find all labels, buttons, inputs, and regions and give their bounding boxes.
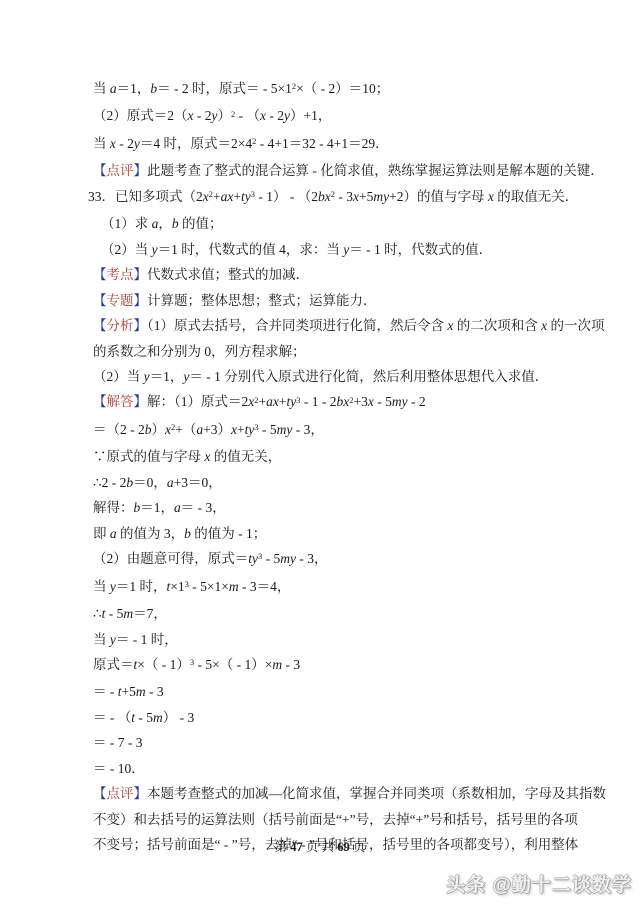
text-line: ＝ - 7 - 3 — [88, 730, 600, 755]
text-segment: 原式＝ — [93, 657, 134, 672]
text-segment: 的值； — [179, 216, 223, 231]
text-segment: 的值为 3， — [117, 526, 185, 541]
text-segment: - 1） - （2 — [255, 189, 318, 204]
text-segment: my — [373, 189, 389, 204]
text-segment: 的系数之和分别为 0，列方程求解； — [93, 344, 306, 359]
text-segment: a — [174, 500, 181, 515]
text-segment: +3） — [203, 422, 231, 437]
text-line: ∴2 - 2b＝0，a+3＝0， — [88, 470, 600, 495]
footer-label: 页 共 — [303, 840, 337, 854]
text-segment: ＝0， — [133, 475, 167, 490]
text-segment: - 3＝4， — [239, 579, 291, 594]
text-line: 【点评】本题考查整式的加减—化简求值，掌握合并同类项（系数相加，字母及其指数 — [88, 781, 600, 806]
text-segment: + — [259, 394, 267, 409]
text-segment: - 2 — [408, 394, 426, 409]
label-bracket: 】 — [134, 318, 148, 333]
text-segment: （1）原式去括号，合并同类项进行化简，然后令含 — [147, 318, 447, 333]
text-segment: （2）原式＝2（ — [93, 108, 188, 123]
text-segment: - 5 — [374, 394, 392, 409]
label-bracket: 【 — [93, 267, 107, 282]
text-segment: ty — [248, 551, 258, 566]
text-line: ＝ - （t - 5m） - 3 — [88, 705, 600, 730]
text-segment: - 5 — [262, 551, 280, 566]
text-line: （2）当 y＝1，y＝ - 1 分别代入原式进行化简，然后利用整体思想代入求值． — [88, 364, 600, 389]
text-segment: 代数式求值；整式的加减． — [147, 267, 309, 282]
text-line: ＝ - 10． — [88, 756, 600, 781]
text-segment: - 5×（ - 1）× — [194, 657, 272, 672]
text-segment: ＝ - 10． — [93, 761, 145, 776]
text-line: 【专题】计算题；整体思想；整式；运算能力． — [88, 288, 600, 313]
text-line: 当 a＝1，b＝ - 2 时，原式＝ - 5×12×（ - 2）＝10； — [88, 76, 600, 103]
text-segment: （1）求 — [101, 216, 152, 231]
text-segment: 3 — [251, 189, 255, 199]
text-segment: ty — [287, 394, 297, 409]
text-segment: 33．已知多项式（2 — [88, 189, 203, 204]
label-bracket: 】 — [134, 293, 148, 308]
text-segment: ＝1， — [150, 369, 184, 384]
text-segment: 的取值无关． — [494, 189, 578, 204]
label-bracket: 【 — [93, 318, 107, 333]
footer-label: 第 — [275, 840, 291, 854]
text-segment: ， — [158, 216, 172, 231]
text-segment: ＝ - — [93, 684, 118, 699]
text-segment: ＝7， — [133, 606, 167, 621]
text-segment: 2 — [292, 81, 296, 91]
text-segment: ＝ - 1 时，代数式的值． — [349, 242, 492, 257]
text-segment: （2）当 — [101, 242, 152, 257]
text-line: ∵原式的值与字母 x 的值无关， — [88, 444, 600, 469]
text-line: 原式＝t×（ - 1）3 - 5×（ - 1）×m - 3 — [88, 652, 600, 679]
text-segment: - 3， — [292, 422, 324, 437]
section-label: 分析 — [107, 318, 134, 333]
total-page-number: 69 — [337, 840, 350, 854]
text-segment: - 2 — [194, 108, 212, 123]
text-segment: 2 — [171, 422, 175, 432]
text-segment: bx — [318, 189, 331, 204]
text-segment: ） — [152, 422, 166, 437]
text-segment: 3 — [185, 579, 189, 589]
text-segment: ∴2 - 2 — [93, 475, 126, 490]
text-segment: 解得： — [93, 500, 134, 515]
text-segment: 的值为 - 1； — [191, 526, 266, 541]
text-segment: - 2 — [116, 136, 134, 151]
text-segment: ） - 3 — [163, 710, 195, 725]
page-footer: 第 47 页 共 69 页 — [0, 838, 640, 856]
text-segment: a — [110, 526, 117, 541]
text-segment: b — [172, 216, 179, 231]
text-segment: - 3 — [146, 684, 164, 699]
text-segment: 2 — [252, 136, 256, 146]
text-segment: a — [110, 81, 117, 96]
document-lines: 当 a＝1，b＝ - 2 时，原式＝ - 5×12×（ - 2）＝10；（2）原… — [88, 76, 600, 858]
text-line: 即 a 的值为 3，b 的值为 - 1； — [88, 521, 600, 546]
text-segment: my — [392, 394, 408, 409]
text-segment: - 3， — [296, 551, 328, 566]
label-bracket: 】 — [134, 267, 148, 282]
text-segment: ×1 — [170, 579, 184, 594]
text-segment: - 3 — [282, 657, 300, 672]
label-bracket: 【 — [93, 293, 107, 308]
text-segment: m — [229, 579, 239, 594]
text-line: 【解答】解：（1）原式＝2x2+ax+ty3 - 1 - 2bx2+3x - 5… — [88, 389, 600, 416]
text-line: ＝ - t+5m - 3 — [88, 679, 600, 704]
text-segment: （2）由题意可得，原式＝ — [93, 551, 248, 566]
text-segment: + — [279, 394, 287, 409]
text-segment: 3 — [258, 551, 262, 561]
text-segment: 2 — [331, 189, 335, 199]
label-bracket: 】 — [134, 163, 148, 178]
text-segment: - 3 — [335, 189, 353, 204]
text-segment: 3 — [190, 657, 194, 667]
text-line: 当 y＝ - 1 时， — [88, 627, 600, 652]
text-segment: +（ — [175, 422, 196, 437]
text-segment: - 5×1× — [189, 579, 229, 594]
text-segment: ） — [218, 108, 232, 123]
text-segment: 不变）和去括号的运算法则（括号前面是“+”号，去掉“+”号和括号，括号里的各项 — [93, 812, 578, 827]
section-label: 考点 — [107, 267, 134, 282]
text-segment: +3＝0， — [174, 475, 222, 490]
text-line: 【点评】此题考查了整式的混合运算 - 化简求值，熟练掌握运算法则是解本题的关键． — [88, 158, 600, 183]
text-segment: ∵原式的值与字母 — [93, 449, 204, 464]
text-segment: ty — [245, 422, 255, 437]
text-segment: + — [233, 189, 241, 204]
text-line: （2）当 y＝1 时，代数式的值 4，求：当 y＝ - 1 时，代数式的值． — [88, 237, 600, 262]
text-segment: ax — [266, 394, 279, 409]
text-segment: 2 — [349, 395, 353, 405]
text-line: 【分析】（1）原式去括号，合并同类项进行化简，然后令含 x 的二次项和含 x 的… — [88, 313, 600, 338]
text-line: ∴t - 5m＝7， — [88, 601, 600, 626]
text-segment: ＝1 时，代数式的值 4，求：当 — [158, 242, 344, 257]
text-segment: ×（ - 2）＝10； — [296, 81, 389, 96]
text-segment: ＝ - 3， — [181, 500, 226, 515]
label-bracket: 【 — [93, 786, 107, 801]
text-segment: 2 — [231, 109, 235, 119]
section-label: 专题 — [107, 293, 134, 308]
text-segment: 2 — [209, 189, 213, 199]
text-segment: ＝ - 2 时，原式＝ - 5×1 — [157, 81, 292, 96]
text-segment: 3 — [254, 422, 258, 432]
text-segment: +2）的值与字母 — [389, 189, 488, 204]
text-segment: 计算题；整体思想；整式；运算能力． — [147, 293, 377, 308]
footer-label: 页 — [350, 840, 366, 854]
text-line: 33．已知多项式（2x2+ax+ty3 - 1） - （2bx2 - 3x+5m… — [88, 184, 600, 211]
text-segment: + — [213, 189, 221, 204]
text-segment: 3 — [296, 395, 300, 405]
text-segment: - 4+1＝32 - 4+1＝29． — [256, 136, 388, 151]
text-segment: 当 — [93, 579, 110, 594]
text-segment: m — [123, 606, 133, 621]
text-line: 不变）和去括号的运算法则（括号前面是“+”号，去掉“+”号和括号，括号里的各项 — [88, 807, 600, 832]
text-segment: （2）当 — [93, 369, 144, 384]
text-segment: x — [203, 189, 209, 204]
label-bracket: 】 — [134, 394, 148, 409]
text-segment: ∴ — [93, 606, 102, 621]
watermark: 头条 @勤十二谈数学 — [446, 873, 632, 898]
text-segment: +3 — [354, 394, 368, 409]
text-line: （1）求 a，b 的值； — [88, 211, 600, 236]
text-segment: m — [272, 657, 282, 672]
section-label: 点评 — [107, 786, 134, 801]
text-segment: ＝ - （ — [93, 710, 131, 725]
text-segment: b — [145, 422, 152, 437]
text-segment: - （ — [235, 108, 260, 123]
document-page: 当 a＝1，b＝ - 2 时，原式＝ - 5×12×（ - 2）＝10；（2）原… — [0, 0, 640, 905]
label-bracket: 】 — [134, 786, 148, 801]
text-segment: bx — [337, 394, 350, 409]
text-segment: 的一次项 — [547, 318, 604, 333]
text-line: ＝（2 - 2b）x2+（a+3）x+ty3 - 5my - 3， — [88, 417, 600, 444]
text-segment: +5 — [122, 684, 136, 699]
text-segment: ×（ - 1） — [137, 657, 190, 672]
text-segment: + — [237, 422, 245, 437]
text-segment: ＝1， — [140, 500, 174, 515]
text-line: 当 x - 2y＝4 时，原式＝2×42 - 4+1＝32 - 4+1＝29． — [88, 131, 600, 158]
text-segment: my — [280, 551, 296, 566]
text-segment: m — [153, 710, 163, 725]
text-segment: a — [167, 475, 174, 490]
text-line: 【考点】代数式求值；整式的加减． — [88, 262, 600, 287]
text-segment: b — [184, 526, 191, 541]
label-bracket: 【 — [93, 163, 107, 178]
text-segment: ＝1， — [117, 81, 151, 96]
text-line: （2）原式＝2（x - 2y）2 - （x - 2y）+1， — [88, 103, 600, 130]
text-line: 解得：b＝1，a＝ - 3， — [88, 495, 600, 520]
text-segment: - 5 — [259, 422, 277, 437]
text-segment: - 5 — [135, 710, 153, 725]
current-page-number: 47 — [290, 840, 303, 854]
text-segment: - 1 - 2 — [301, 394, 337, 409]
text-segment: ＝4 时，原式＝2×4 — [140, 136, 252, 151]
text-line: （2）由题意可得，原式＝ty3 - 5my - 3， — [88, 546, 600, 573]
label-bracket: 【 — [93, 394, 107, 409]
text-segment: 本题考查整式的加减—化简求值，掌握合并同类项（系数相加，字母及其指数 — [147, 786, 606, 801]
text-segment: - 5 — [105, 606, 123, 621]
text-segment: +5 — [359, 189, 373, 204]
text-segment: 当 — [93, 81, 110, 96]
text-segment: 的值无关， — [210, 449, 281, 464]
text-segment: 当 — [93, 136, 110, 151]
text-segment: 解：（1）原式＝2 — [147, 394, 248, 409]
text-segment: ax — [221, 189, 234, 204]
text-segment: ＝ - 1 分别代入原式进行化简，然后利用整体思想代入求值． — [189, 369, 548, 384]
text-segment: my — [277, 422, 293, 437]
text-segment: 的二次项和含 — [453, 318, 541, 333]
text-segment: 即 — [93, 526, 110, 541]
section-label: 解答 — [107, 394, 134, 409]
text-segment: 此题考查了整式的混合运算 - 化简求值，熟练掌握运算法则是解本题的关键． — [147, 163, 604, 178]
text-segment: ＝（2 - 2 — [93, 422, 145, 437]
text-segment: ty — [241, 189, 251, 204]
text-segment: 2 — [254, 395, 258, 405]
text-line: 当 y＝1 时，t×13 - 5×1×m - 3＝4， — [88, 574, 600, 601]
text-segment: ＝1 时， — [116, 579, 167, 594]
text-segment: m — [136, 684, 146, 699]
text-segment: ＝ - 7 - 3 — [93, 735, 143, 750]
text-segment: - 2 — [266, 108, 284, 123]
text-segment: ）+1， — [290, 108, 331, 123]
text-segment: 当 — [93, 632, 110, 647]
text-segment: ＝ - 1 时， — [116, 632, 178, 647]
section-label: 点评 — [107, 163, 134, 178]
text-line: 的系数之和分别为 0，列方程求解； — [88, 339, 600, 364]
